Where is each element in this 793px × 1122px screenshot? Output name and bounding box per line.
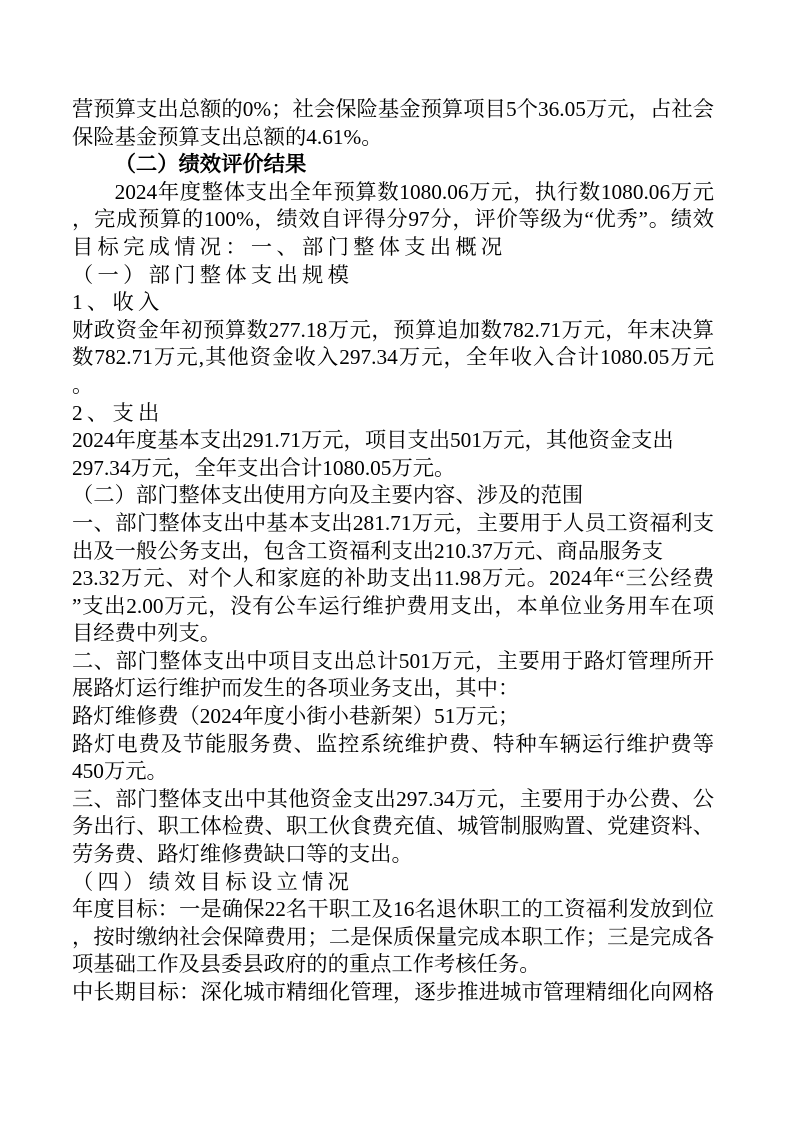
text-line: 1、收入 [72, 289, 714, 317]
text-line: （二）绩效评价结果 [72, 151, 714, 179]
text-line: 一、部门整体支出中基本支出281.71万元，主要用于人员工资福利支 [72, 510, 714, 538]
text-line: ”支出2.00万元，没有公车运行维护费用支出，本单位业务用车在项 [72, 593, 714, 621]
text-line: 路灯电费及节能服务费、监控系统维护费、特种车辆运行维护费等 [72, 731, 714, 759]
text-line: 财政资金年初预算数277.18万元，预算追加数782.71万元，年末决算 [72, 317, 714, 345]
text-line: 年度目标：一是确保22名干职工及16名退休职工的工资福利发放到位 [72, 896, 714, 924]
text-line: 297.34万元，全年支出合计1080.05万元。 [72, 455, 714, 483]
text-line: 目经费中列支。 [72, 620, 714, 648]
text-line: 2024年度基本支出291.71万元，项目支出501万元，其他资金支出 [72, 427, 714, 455]
text-line: 二、部门整体支出中项目支出总计501万元，主要用于路灯管理所开 [72, 648, 714, 676]
text-line: 三、部门整体支出中其他资金支出297.34万元，主要用于办公费、公 [72, 786, 714, 814]
text-line: 务出行、职工体检费、职工伙食费充值、城管制服购置、党建资料、 [72, 813, 714, 841]
text-line: 中长期目标：深化城市精细化管理，逐步推进城市管理精细化向网格 [72, 979, 714, 1007]
text-line: 2024年度整体支出全年预算数1080.06万元，执行数1080.06万元 [72, 179, 714, 207]
text-line: 保险基金预算支出总额的4.61%。 [72, 124, 714, 152]
text-line: 项基础工作及县委县政府的的重点工作考核任务。 [72, 951, 714, 979]
document-page: 营预算支出总额的0%；社会保险基金预算项目5个36.05万元，占社会保险基金预算… [0, 0, 793, 1122]
text-body: 营预算支出总额的0%；社会保险基金预算项目5个36.05万元，占社会保险基金预算… [72, 96, 714, 1007]
text-line: ，完成预算的100%，绩效自评得分97分，评价等级为“优秀”。绩效 [72, 206, 714, 234]
text-line: 展路灯运行维护而发生的各项业务支出，其中： [72, 675, 714, 703]
text-line: 数782.71万元,其他资金收入297.34万元，全年收入合计1080.05万元 [72, 344, 714, 372]
text-line: 路灯维修费（2024年度小街小巷新架）51万元； [72, 703, 714, 731]
text-line: 劳务费、路灯维修费缺口等的支出。 [72, 841, 714, 869]
text-line: 目标完成情况：一、部门整体支出概况 [72, 234, 714, 262]
text-line: 450万元。 [72, 758, 714, 786]
text-line: （四）绩效目标设立情况 [72, 869, 714, 897]
text-line: 。 [72, 372, 714, 400]
text-line: 出及一般公务支出，包含工资福利支出210.37万元、商品服务支 [72, 538, 714, 566]
text-line: 23.32万元、对个人和家庭的补助支出11.98万元。2024年“三公经费 [72, 565, 714, 593]
text-line: 2、支出 [72, 400, 714, 428]
text-line: （一）部门整体支出规模 [72, 262, 714, 290]
text-line: （二）部门整体支出使用方向及主要内容、涉及的范围 [72, 482, 714, 510]
text-line: ，按时缴纳社会保障费用；二是保质保量完成本职工作；三是完成各 [72, 924, 714, 952]
text-line: 营预算支出总额的0%；社会保险基金预算项目5个36.05万元，占社会 [72, 96, 714, 124]
